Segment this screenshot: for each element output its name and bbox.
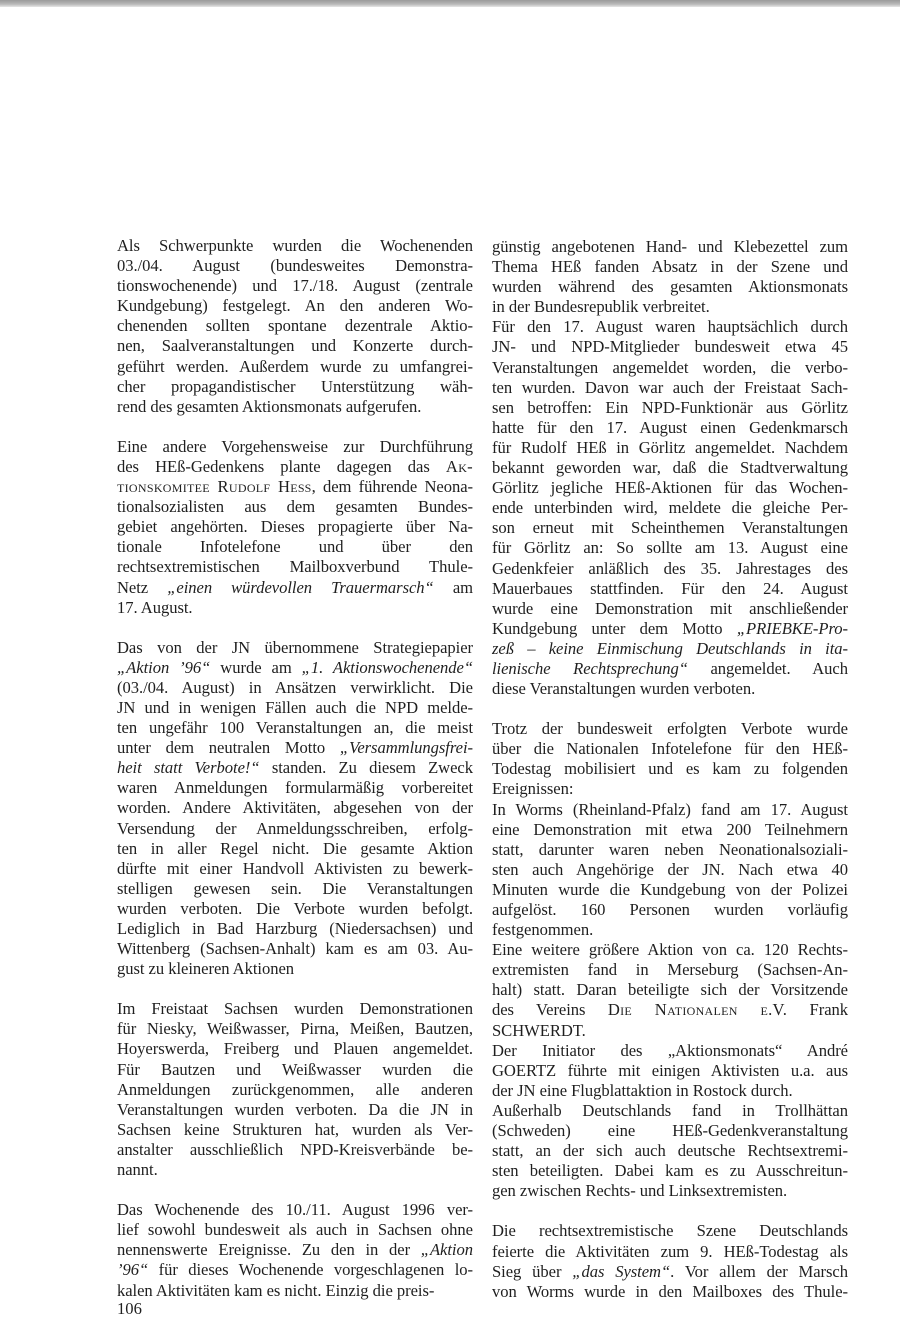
text-line: Gedenkfeier anläßlich des 35. Jahrestage…	[492, 559, 848, 579]
text-line: waren Anmeldungen formularmäßig vorberei…	[117, 778, 473, 798]
text-line: Für den 17. August waren hauptsächlich d…	[492, 317, 848, 337]
text-line: nennenswerte Ereignisse. Zu den in der „…	[117, 1240, 473, 1260]
text-line: chenenden sollten spontane dezentrale Ak…	[117, 316, 473, 336]
text-line: ten in aller Regel nicht. Die gesamte Ak…	[117, 839, 473, 859]
text-line: halt) statt. Daran beteiligte sich der V…	[492, 980, 848, 1000]
text-line: statt, an der sich auch deutsche Rechtse…	[492, 1141, 848, 1161]
text-line: Für Bautzen und Weißwasser wurden die	[117, 1060, 473, 1080]
text-line: gebiet angehörten. Dieses propagierte üb…	[117, 517, 473, 537]
paragraph: Das Wochenende des 10./11. August 1996 v…	[117, 1200, 473, 1300]
paragraph: Die rechtsextremistische Szene Deutschla…	[492, 1221, 848, 1301]
text-line: geführt werden. Außerdem wurde zu umfang…	[117, 357, 473, 377]
text-line: wurde eine Demonstration mit anschließen…	[492, 599, 848, 619]
text-line: der JN eine Flugblattaktion in Rostock d…	[492, 1081, 848, 1101]
text-line: Wittenberg (Sachsen-Anhalt) kam es am 03…	[117, 939, 473, 959]
text-line: gust zu kleineren Aktionen	[117, 959, 473, 979]
text-line: Hoyerswerda, Freiberg und Plauen angemel…	[117, 1039, 473, 1059]
text-line: ’96“ für dieses Wochenende vorgeschlagen…	[117, 1260, 473, 1280]
text-line: unter dem neutralen Motto „Versammlungsf…	[117, 738, 473, 758]
text-line: gen zwischen Rechts- und Linksextremiste…	[492, 1181, 848, 1201]
text-line: Sieg über „das System“. Vor allem der Ma…	[492, 1262, 848, 1282]
text-line: Der Initiator des „Aktionsmonats“ André	[492, 1041, 848, 1061]
text-line: Veranstaltungen wurden verboten. Da die …	[117, 1100, 473, 1120]
paragraph: Im Freistaat Sachsen wurden Demonstratio…	[117, 999, 473, 1180]
text-line: Eine andere Vorgehensweise zur Durchführ…	[117, 437, 473, 457]
text-line: Veranstaltungen angemeldet worden, die v…	[492, 358, 848, 378]
paragraph: Als Schwerpunkte wurden die Wochenenden0…	[117, 236, 473, 417]
text-line: sten auch Angehörige der JN. Nach etwa 4…	[492, 860, 848, 880]
text-line: über die Nationalen Infotelefone für den…	[492, 739, 848, 759]
text-line: extremisten fand in Merseburg (Sachsen-A…	[492, 960, 848, 980]
text-line: Versendung der Anmeldungsschreiben, erfo…	[117, 819, 473, 839]
text-line: in der Bundesrepublik verbreitet.	[492, 297, 848, 317]
text-line: Die rechtsextremistische Szene Deutschla…	[492, 1221, 848, 1241]
text-line: diese Veranstaltungen wurden verboten.	[492, 679, 848, 699]
text-line: GOERTZ führte mit einigen Aktivisten u.a…	[492, 1061, 848, 1081]
text-line: hatte für den 17. August einen Gedenkmar…	[492, 418, 848, 438]
text-line: cher propagandistischer Unterstützung wä…	[117, 377, 473, 397]
text-line: rechtsextremistischen Mailboxverbund Thu…	[117, 557, 473, 577]
text-line: wurden verboten. Die Verbote wurden befo…	[117, 899, 473, 919]
text-line: (03./04. August) in Ansätzen verwirklich…	[117, 678, 473, 698]
text-line: Außerhalb Deutschlands fand in Trollhätt…	[492, 1101, 848, 1121]
text-line: Kundgebung) festgelegt. An den anderen W…	[117, 296, 473, 316]
text-line: feierte die Aktivitäten zum 9. HEß-Todes…	[492, 1242, 848, 1262]
text-line: lief sowohl bundesweit als auch in Sachs…	[117, 1220, 473, 1240]
text-line: des Vereins Die Nationalen e.V. Frank	[492, 1000, 848, 1020]
text-line: eine Demonstration mit etwa 200 Teilnehm…	[492, 820, 848, 840]
text-line: statt, darunter waren neben Neonationals…	[492, 840, 848, 860]
paragraph: Das von der JN übernommene Strategiepapi…	[117, 638, 473, 980]
text-line: kalen Aktivitäten kam es nicht. Einzig d…	[117, 1281, 473, 1301]
text-line: Mauerbaues stattfinden. Für den 24. Augu…	[492, 579, 848, 599]
text-line: ten wurden. Davon war auch der Freistaat…	[492, 378, 848, 398]
text-line: bekannt geworden war, daß die Stadtverwa…	[492, 458, 848, 478]
text-line: für Niesky, Weißwasser, Pirna, Meißen, B…	[117, 1019, 473, 1039]
text-line: Als Schwerpunkte wurden die Wochenenden	[117, 236, 473, 256]
text-line: tionale Infotelefone und über den	[117, 537, 473, 557]
text-line: worden. Andere Aktivitäten, abgesehen vo…	[117, 798, 473, 818]
text-line: tionalsozialisten aus dem gesamten Bunde…	[117, 497, 473, 517]
text-line: JN und in wenigen Fällen auch die NPD me…	[117, 698, 473, 718]
text-line: dürfte mit einer Handvoll Aktivisten zu …	[117, 859, 473, 879]
text-line: Kundgebung unter dem Motto „PRIEBKE-Pro-	[492, 619, 848, 639]
text-line: ten ungefähr 100 Veranstaltungen an, die…	[117, 718, 473, 738]
text-line: anstalter ausschließlich NPD-Kreisverbän…	[117, 1140, 473, 1160]
text-line: wurden während des gesamten Aktionsmonat…	[492, 277, 848, 297]
scan-top-edge	[0, 0, 900, 7]
text-line: heit statt Verbote!“ standen. Zu diesem …	[117, 758, 473, 778]
text-line: Im Freistaat Sachsen wurden Demonstratio…	[117, 999, 473, 1019]
text-line: ende unterbinden wird, meldete die gleic…	[492, 498, 848, 518]
text-line: Das Wochenende des 10./11. August 1996 v…	[117, 1200, 473, 1220]
text-line: von Worms wurde in den Mailboxes des Thu…	[492, 1282, 848, 1302]
text-line: JN- und NPD-Mitglieder bundesweit etwa 4…	[492, 337, 848, 357]
page-number: 106	[117, 1299, 142, 1319]
paragraph: Eine andere Vorgehensweise zur Durchführ…	[117, 437, 473, 618]
text-line: für Rudolf HEß in Görlitz angemeldet. Na…	[492, 438, 848, 458]
text-line: Trotz der bundesweit erfolgten Verbote w…	[492, 719, 848, 739]
text-line: Sachsen keine Strukturen hat, wurden als…	[117, 1120, 473, 1140]
text-line: rend des gesamten Aktionsmonats aufgeruf…	[117, 397, 473, 417]
text-line: tionswochenende) und 17./18. August (zen…	[117, 276, 473, 296]
text-line: 17. August.	[117, 598, 473, 618]
text-line: 03./04. August (bundesweites Demonstra-	[117, 256, 473, 276]
text-line: tionskomitee Rudolf Heß, dem führende Ne…	[117, 477, 473, 497]
text-line: stelligen gewesen sein. Die Veranstaltun…	[117, 879, 473, 899]
right-column: günstig angebotenen Hand- und Klebezette…	[492, 237, 848, 1322]
text-line: Todestag mobilisiert und es kam zu folge…	[492, 759, 848, 779]
text-line: „Aktion ’96“ wurde am „1. Aktionswochene…	[117, 658, 473, 678]
paragraph: günstig angebotenen Hand- und Klebezette…	[492, 237, 848, 699]
text-line: günstig angebotenen Hand- und Klebezette…	[492, 237, 848, 257]
text-line: nen, Saalveranstaltungen und Konzerte du…	[117, 336, 473, 356]
text-line: sen betroffen: Ein NPD-Funktionär aus Gö…	[492, 398, 848, 418]
text-line: aufgelöst. 160 Personen wurden vorläufig	[492, 900, 848, 920]
text-line: Minuten wurde die Kundgebung von der Pol…	[492, 880, 848, 900]
text-line: SCHWERDT.	[492, 1021, 848, 1041]
left-column: Als Schwerpunkte wurden die Wochenenden0…	[117, 236, 473, 1321]
text-line: festgenommen.	[492, 920, 848, 940]
text-line: zeß – keine Einmischung Deutschlands in …	[492, 639, 848, 659]
text-line: lienische Rechtsprechung“ angemeldet. Au…	[492, 659, 848, 679]
text-line: nannt.	[117, 1160, 473, 1180]
text-line: Anmeldungen zurückgenommen, alle anderen	[117, 1080, 473, 1100]
text-line: Das von der JN übernommene Strategiepapi…	[117, 638, 473, 658]
text-line: In Worms (Rheinland-Pfalz) fand am 17. A…	[492, 800, 848, 820]
text-line: Thema HEß fanden Absatz in der Szene und	[492, 257, 848, 277]
text-line: Eine weitere größere Aktion von ca. 120 …	[492, 940, 848, 960]
text-line: son erneut mit Scheinthemen Veranstaltun…	[492, 518, 848, 538]
text-line: sten beteiligten. Dabei kam es zu Aussch…	[492, 1161, 848, 1181]
text-line: Netz „einen würdevollen Trauermarsch“ am	[117, 578, 473, 598]
text-line: (Schweden) eine HEß-Gedenkveranstaltung	[492, 1121, 848, 1141]
text-line: für Görlitz an: So sollte am 13. August …	[492, 538, 848, 558]
text-line: Lediglich in Bad Harzburg (Niedersachsen…	[117, 919, 473, 939]
text-line: Görlitz jegliche HEß-Aktionen für das Wo…	[492, 478, 848, 498]
text-line: Ereignissen:	[492, 779, 848, 799]
paragraph: Trotz der bundesweit erfolgten Verbote w…	[492, 719, 848, 1201]
text-line: des HEß-Gedenkens plante dagegen das Ak-	[117, 457, 473, 477]
